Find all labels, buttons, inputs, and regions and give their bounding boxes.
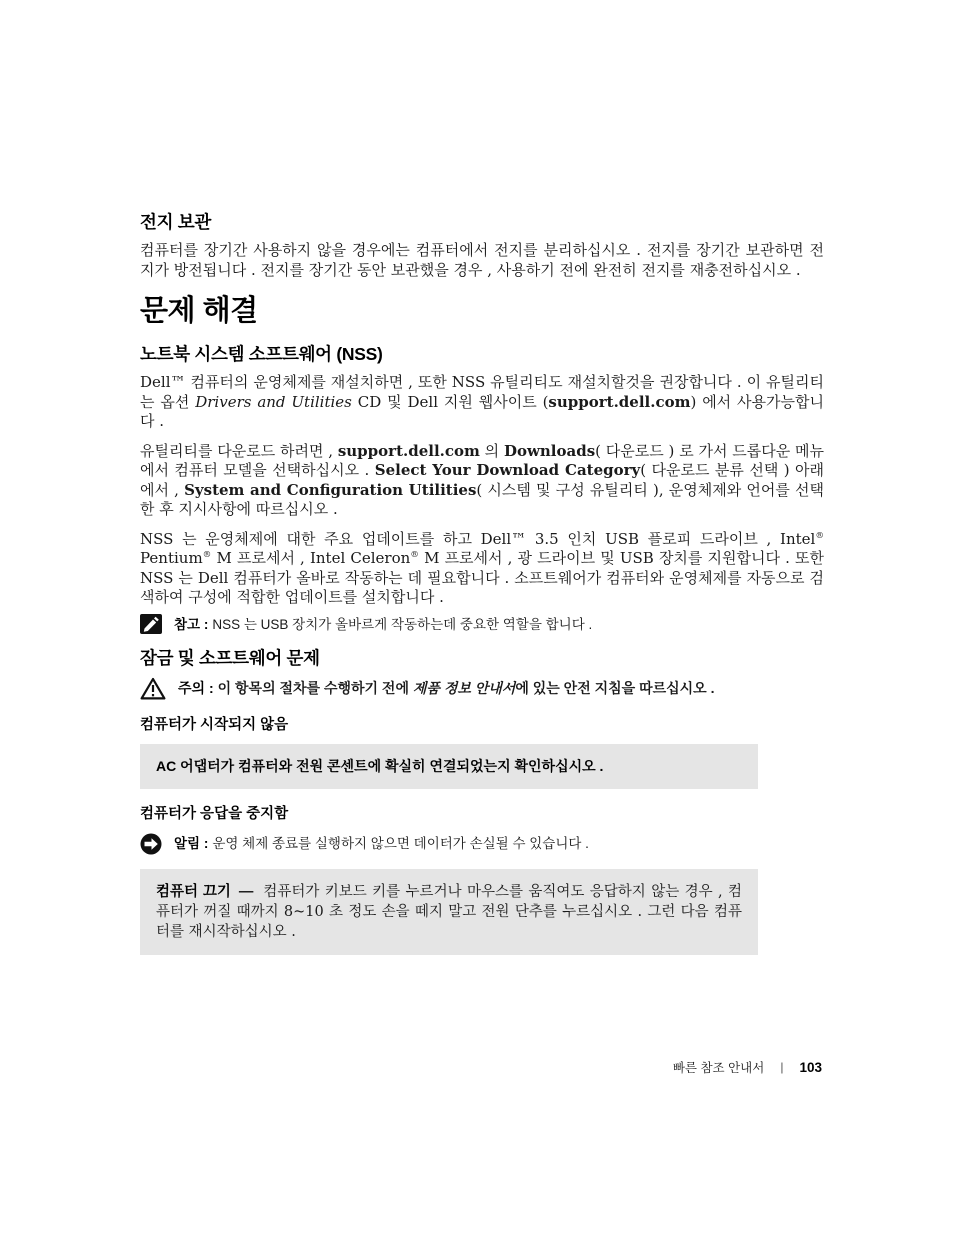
nss-heading: 노트북 시스템 소프트웨어 (NSS): [140, 344, 824, 365]
notice-label: 알림 :: [174, 836, 208, 851]
text-run: NSS 는 운영체제에 대한 주요 업데이트를 하고 Dell™ 3.5 인치 …: [140, 530, 815, 548]
ac-adapter-callout-box: AC 어댑터가 컴퓨터와 전원 콘센트에 확실히 연결되었는지 확인하십시오 .: [140, 744, 758, 789]
footer-separator: |: [780, 1060, 783, 1074]
note-text-wrap: 참고 :NSS 는 USB 장치가 올바르게 작동하는데 중요한 역할을 합니다…: [174, 614, 592, 634]
warning-triangle-icon: [140, 677, 166, 700]
power-off-instruction: 컴퓨터 끄기—컴퓨터가 키보드 키를 누르거나 마우스를 움직여도 응답하지 않…: [156, 882, 742, 942]
nss-paragraph-1: Dell™ 컴퓨터의 운영체제를 재설치하면 , 또한 NSS 유틸리티도 재설…: [140, 373, 824, 432]
text-run: 의: [480, 442, 504, 460]
bold-url: support.dell.com: [338, 442, 480, 460]
em-dash: —: [239, 884, 254, 900]
battery-storage-paragraph: 컴퓨터를 장기간 사용하지 않을 경우에는 컴퓨터에서 전지를 분리하십시오 .…: [140, 241, 824, 280]
notice-text-wrap: 알림 :운영 체제 종료를 실행하지 않으면 데이터가 손실될 수 있습니다 .: [174, 833, 589, 853]
troubleshooting-title: 문제 해결: [140, 294, 824, 328]
bold-ui-label: System and Configuration Utilities: [184, 481, 476, 499]
caution-admonition: 주의 :이 항목의 절차를 수행하기 전에 제품 정보 안내서에 있는 안전 지…: [140, 677, 824, 700]
text-run: 유틸리티를 다운로드 하려면 ,: [140, 442, 338, 460]
page-content: 전지 보관 컴퓨터를 장기간 사용하지 않을 경우에는 컴퓨터에서 전지를 분리…: [140, 212, 824, 969]
manual-page: 전지 보관 컴퓨터를 장기간 사용하지 않을 경우에는 컴퓨터에서 전지를 분리…: [0, 0, 954, 1235]
page-footer: 빠른 참조 안내서 | 103: [673, 1058, 822, 1076]
caution-text-post: 에 있는 안전 지침을 따르십시오 .: [515, 680, 714, 696]
power-off-term: 컴퓨터 끄기: [156, 884, 231, 900]
ac-adapter-instruction: AC 어댑터가 컴퓨터와 전원 콘센트에 확실히 연결되었는지 확인하십시오 .: [156, 757, 742, 776]
footer-page-number: 103: [799, 1060, 822, 1075]
registered-mark: ®: [410, 550, 419, 560]
caution-text-pre: 이 항목의 절차를 수행하기 전에: [218, 680, 413, 696]
battery-storage-heading: 전지 보관: [140, 212, 824, 233]
nss-paragraph-2: 유틸리티를 다운로드 하려면 , support.dell.com 의 Down…: [140, 442, 824, 520]
bold-url: support.dell.com: [548, 393, 690, 411]
registered-mark: ®: [815, 531, 824, 541]
text-run: M 프로세서 , Intel Celeron: [211, 549, 410, 567]
note-label: 참고 :: [174, 617, 208, 632]
note-admonition: 참고 :NSS 는 USB 장치가 올바르게 작동하는데 중요한 역할을 합니다…: [140, 614, 824, 634]
caution-label: 주의 :: [178, 680, 214, 696]
note-pencil-icon: [140, 614, 162, 634]
no-start-heading: 컴퓨터가 시작되지 않음: [140, 716, 824, 734]
note-text: NSS 는 USB 장치가 올바르게 작동하는데 중요한 역할을 합니다 .: [212, 617, 592, 632]
lockup-heading: 잠금 및 소프트웨어 문제: [140, 648, 824, 669]
power-off-callout-box: 컴퓨터 끄기—컴퓨터가 키보드 키를 누르거나 마우스를 움직여도 응답하지 않…: [140, 869, 758, 955]
stops-responding-heading: 컴퓨터가 응답을 중지함: [140, 805, 824, 823]
text-run: Pentium: [140, 549, 203, 567]
caution-book-title: 제품 정보 안내서: [413, 680, 515, 696]
notice-admonition: 알림 :운영 체제 종료를 실행하지 않으면 데이터가 손실될 수 있습니다 .: [140, 833, 824, 855]
footer-doc-title: 빠른 참조 안내서: [673, 1058, 764, 1076]
notice-text: 운영 체제 종료를 실행하지 않으면 데이터가 손실될 수 있습니다 .: [212, 836, 589, 851]
text-run: CD 및 Dell 지원 웹사이트 (: [352, 393, 549, 411]
italic-cd-title: Drivers and Utilities: [195, 393, 352, 411]
caution-text-wrap: 주의 :이 항목의 절차를 수행하기 전에 제품 정보 안내서에 있는 안전 지…: [178, 677, 714, 697]
bold-ui-label: Downloads: [504, 442, 595, 460]
notice-arrow-icon: [140, 833, 162, 855]
nss-paragraph-3: NSS 는 운영체제에 대한 주요 업데이트를 하고 Dell™ 3.5 인치 …: [140, 530, 824, 608]
bold-ui-label: Select Your Download Category: [375, 461, 641, 479]
